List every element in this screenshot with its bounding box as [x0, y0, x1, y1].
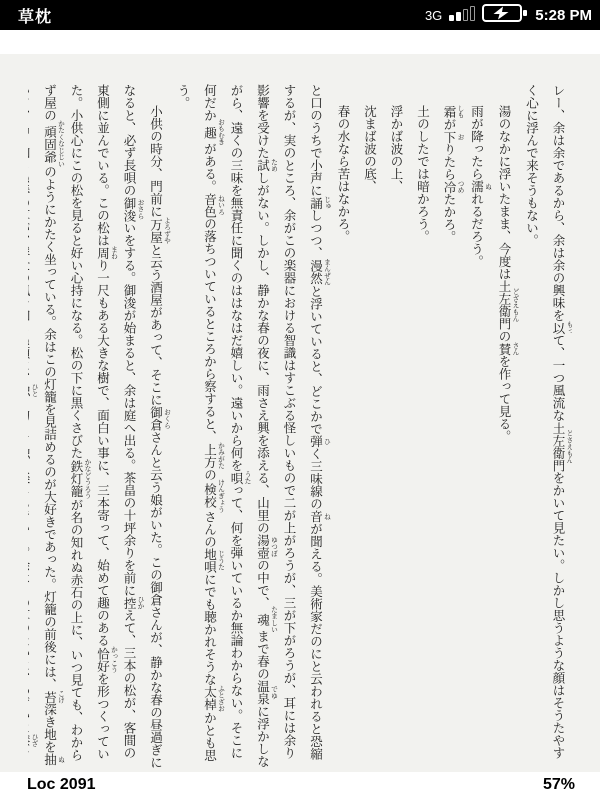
- paragraph: と口のうちで小声に誦じゅしつつ、漫然まんぜんと浮いていると、どこかで弾ひく三味線…: [170, 84, 330, 770]
- ruby-annotated-word: 周まわ: [96, 247, 110, 260]
- reading-area[interactable]: レー、余は余であるから、余は余の興味を以もって、一つ風流な土左衛門どざえもんをか…: [28, 84, 572, 770]
- ruby-annotated-word: 抽ぬ: [43, 753, 57, 766]
- paragraph: 湯のなかに浮いたまま、今度は土左衛門どざえもんの賛さんを作って見る。: [491, 84, 519, 770]
- ruby-annotated-word: 湯壺ゆつぼ: [256, 534, 270, 559]
- ruby-annotated-word: 土左衛門どざえもん: [551, 422, 565, 472]
- ruby-annotated-word: 上方かみがた: [203, 443, 217, 469]
- ruby-annotated-word: 温泉でゆ: [256, 680, 270, 705]
- signal-bars-icon: [449, 7, 475, 23]
- ruby-annotated-word: 鉄灯籠かなどうろう: [69, 459, 83, 499]
- paragraph: 霜しもが下おりたら冷つめたかろ。: [436, 84, 464, 770]
- status-indicators: 3G 5:28 PM: [425, 4, 592, 27]
- network-label: 3G: [425, 8, 442, 23]
- book-page[interactable]: レー、余は余であるから、余は余の興味を以もって、一つ風流な土左衛門どざえもんをか…: [0, 54, 600, 772]
- ruby-annotated-word: 漫然まんぜん: [309, 259, 323, 285]
- paragraph: 土のしたでは暗かろう。: [409, 84, 436, 770]
- ruby-annotated-word: 唄うた: [229, 472, 243, 485]
- location-label: Loc 2091: [27, 776, 95, 794]
- ruby-annotated-word: 音ね: [309, 510, 323, 523]
- ruby-annotated-word: 膝ひざ: [28, 734, 30, 747]
- ruby-annotated-word: 下お: [442, 131, 456, 144]
- ruby-annotated-word: 頑固爺かたくなじじい: [43, 122, 57, 166]
- progress-label: 57%: [543, 776, 575, 794]
- paragraph: 沈まば波の底、: [356, 84, 383, 770]
- clock: 5:28 PM: [535, 7, 592, 24]
- ruby-annotated-word: 賛さん: [497, 343, 511, 356]
- ruby-annotated-word: 冷つめ: [442, 181, 456, 194]
- ruby-annotated-word: 検校けんぎょう: [203, 481, 217, 510]
- ruby-annotated-word: 地唄じうた: [203, 548, 217, 573]
- ruby-annotated-word: 土左衛門どざえもん: [497, 280, 511, 330]
- ruby-annotated-word: 御倉おくら: [149, 406, 163, 431]
- ruby-annotated-word: 魂たましい: [256, 609, 270, 630]
- ruby-annotated-word: 霜しも: [442, 105, 456, 118]
- ruby-annotated-word: 苔こけ: [43, 691, 57, 704]
- ruby-annotated-word: 御浚おさら: [122, 197, 136, 222]
- paragraph: レー、余は余であるから、余は余の興味を以もって、一つ風流な土左衛門どざえもんをか…: [518, 84, 572, 770]
- ruby-annotated-word: 独ひと: [28, 384, 30, 397]
- paragraph: 雨が降ったら濡ぬれるだろう。: [463, 84, 491, 770]
- footer: Loc 2091 57%: [0, 772, 600, 800]
- ruby-annotated-word: 弾ひ: [309, 435, 323, 448]
- paragraph: 春の水なら苦はなかろ。: [330, 84, 357, 770]
- ruby-annotated-word: 万屋よろずや: [149, 218, 163, 244]
- ruby-annotated-word: 誦じゅ: [309, 197, 323, 210]
- ruby-annotated-word: 控ひか: [122, 597, 136, 610]
- page-title: 草枕: [18, 4, 52, 27]
- ruby-annotated-word: 濡ぬ: [470, 180, 484, 193]
- ruby-annotated-word: 以もっ: [551, 322, 565, 335]
- paragraph: 浮かば波の上、: [383, 84, 410, 770]
- ruby-annotated-word: 試ため: [256, 159, 270, 172]
- paragraph: 小供の時分、門前に万屋よろずやと云う酒屋があって、そこに御倉おくらさんと云う娘が…: [28, 84, 170, 770]
- ruby-annotated-word: 趣おもむき: [203, 122, 217, 143]
- ruby-annotated-word: 太棹ふとざお: [203, 685, 217, 711]
- ruby-annotated-word: 恰好かっこう: [96, 647, 110, 673]
- battery-charging-icon: [482, 4, 528, 27]
- ruby-annotated-word: 音色ねいろ: [203, 193, 217, 218]
- status-bar: 草枕 3G 5:28 PM: [0, 0, 600, 30]
